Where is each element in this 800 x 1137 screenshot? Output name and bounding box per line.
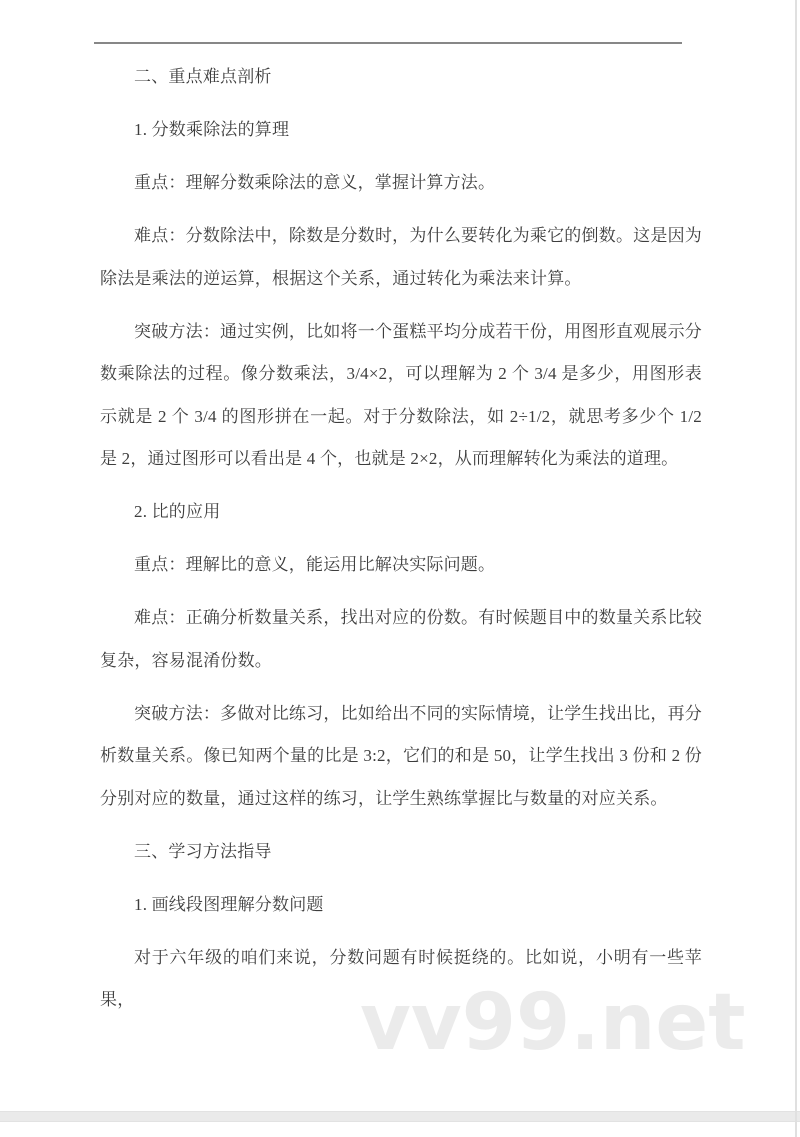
- document-page: 二、重点难点剖析 1. 分数乘除法的算理 重点：理解分数乘除法的意义，掌握计算方…: [0, 0, 800, 1137]
- page-separator-band: [0, 1111, 800, 1122]
- paragraph: 难点：正确分析数量关系，找出对应的份数。有时候题目中的数量关系比较复杂，容易混淆…: [100, 597, 702, 682]
- section-heading: 二、重点难点剖析: [100, 56, 702, 99]
- paragraph: 难点：分数除法中，除数是分数时，为什么要转化为乘它的倒数。这是因为除法是乘法的逆…: [100, 215, 702, 300]
- site-watermark: vv99.net: [360, 984, 746, 1062]
- horizontal-rule: [94, 42, 682, 44]
- paragraph: 重点：理解比的意义，能运用比解决实际问题。: [100, 544, 702, 587]
- subsection-heading: 1. 画线段图理解分数问题: [100, 884, 702, 927]
- section-heading: 三、学习方法指导: [100, 831, 702, 874]
- subsection-heading: 1. 分数乘除法的算理: [100, 109, 702, 152]
- document-body: 二、重点难点剖析 1. 分数乘除法的算理 重点：理解分数乘除法的意义，掌握计算方…: [100, 56, 702, 1032]
- paragraph: 重点：理解分数乘除法的意义，掌握计算方法。: [100, 162, 702, 205]
- paragraph: 突破方法：通过实例，比如将一个蛋糕平均分成若干份，用图形直观展示分数乘除法的过程…: [100, 311, 702, 481]
- subsection-heading: 2. 比的应用: [100, 491, 702, 534]
- right-page-edge-line: [795, 0, 797, 1137]
- paragraph: 突破方法：多做对比练习，比如给出不同的实际情境，让学生找出比，再分析数量关系。像…: [100, 693, 702, 821]
